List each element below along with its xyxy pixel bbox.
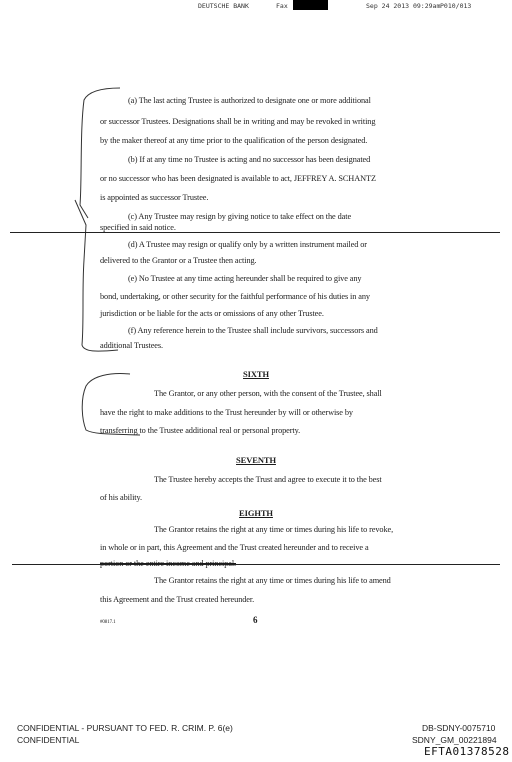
footer-confidential-notice: CONFIDENTIAL - PURSUANT TO FED. R. CRIM.… [17, 723, 233, 733]
para-b-line1: (b) If at any time no Trustee is acting … [128, 155, 370, 164]
sixth-line2: have the right to make additions to the … [100, 408, 353, 417]
heading-seventh: SEVENTH [0, 455, 512, 465]
eighth-line4: The Grantor retains the right at any tim… [154, 576, 391, 585]
page-number: 6 [253, 615, 257, 625]
seventh-line1: The Trustee hereby accepts the Trust and… [154, 475, 382, 484]
para-c-line1: (c) Any Trustee may resign by giving not… [128, 212, 351, 221]
eighth-line5: this Agreement and the Trust created her… [100, 595, 254, 604]
footer-confidential: CONFIDENTIAL [17, 735, 79, 745]
heading-eighth: EIGHTH [0, 508, 512, 518]
para-f-line2: additional Trustees. [100, 341, 163, 350]
document-code: #0817.1 [100, 620, 116, 625]
footer-bates-db: DB-SDNY-0075710 [422, 723, 495, 733]
para-b-line3: is appointed as successor Trustee. [100, 193, 208, 202]
para-a-line3: by the maker thereof at any time prior t… [100, 136, 367, 145]
para-a-line1: (a) The last acting Trustee is authorize… [128, 96, 371, 105]
para-e-line2: bond, undertaking, or other security for… [100, 292, 370, 301]
heading-sixth: SIXTH [0, 369, 512, 379]
para-e-line1: (e) No Trustee at any time acting hereun… [128, 274, 361, 283]
document-page: (a) The last acting Trustee is authorize… [0, 0, 512, 700]
sixth-line3: transferring to the Trustee additional r… [100, 426, 300, 435]
para-c-line2: specified in said notice. [100, 223, 176, 232]
horizontal-rule [10, 232, 500, 233]
para-d-line1: (d) A Trustee may resign or qualify only… [128, 240, 367, 249]
para-b-line2: or no successor who has been designated … [100, 174, 376, 183]
seventh-line2: of his ability. [100, 493, 142, 502]
footer-bates-sdny: SDNY_GM_00221894 [412, 735, 497, 745]
horizontal-rule [12, 564, 500, 565]
handwritten-bracket-icon [0, 0, 512, 700]
para-d-line2: delivered to the Grantor or a Trustee th… [100, 256, 257, 265]
eighth-line2: in whole or in part, this Agreement and … [100, 543, 369, 552]
footer-efta-id: EFTA01378528 [424, 745, 509, 758]
eighth-line3-struck: portion or the entire income and princip… [100, 559, 236, 568]
para-a-line2: or successor Trustees. Designations shal… [100, 117, 375, 126]
sixth-line1: The Grantor, or any other person, with t… [154, 389, 382, 398]
para-e-line3: jurisdiction or be liable for the acts o… [100, 309, 324, 318]
eighth-line1: The Grantor retains the right at any tim… [154, 525, 393, 534]
para-f-line1: (f) Any reference herein to the Trustee … [128, 326, 378, 335]
